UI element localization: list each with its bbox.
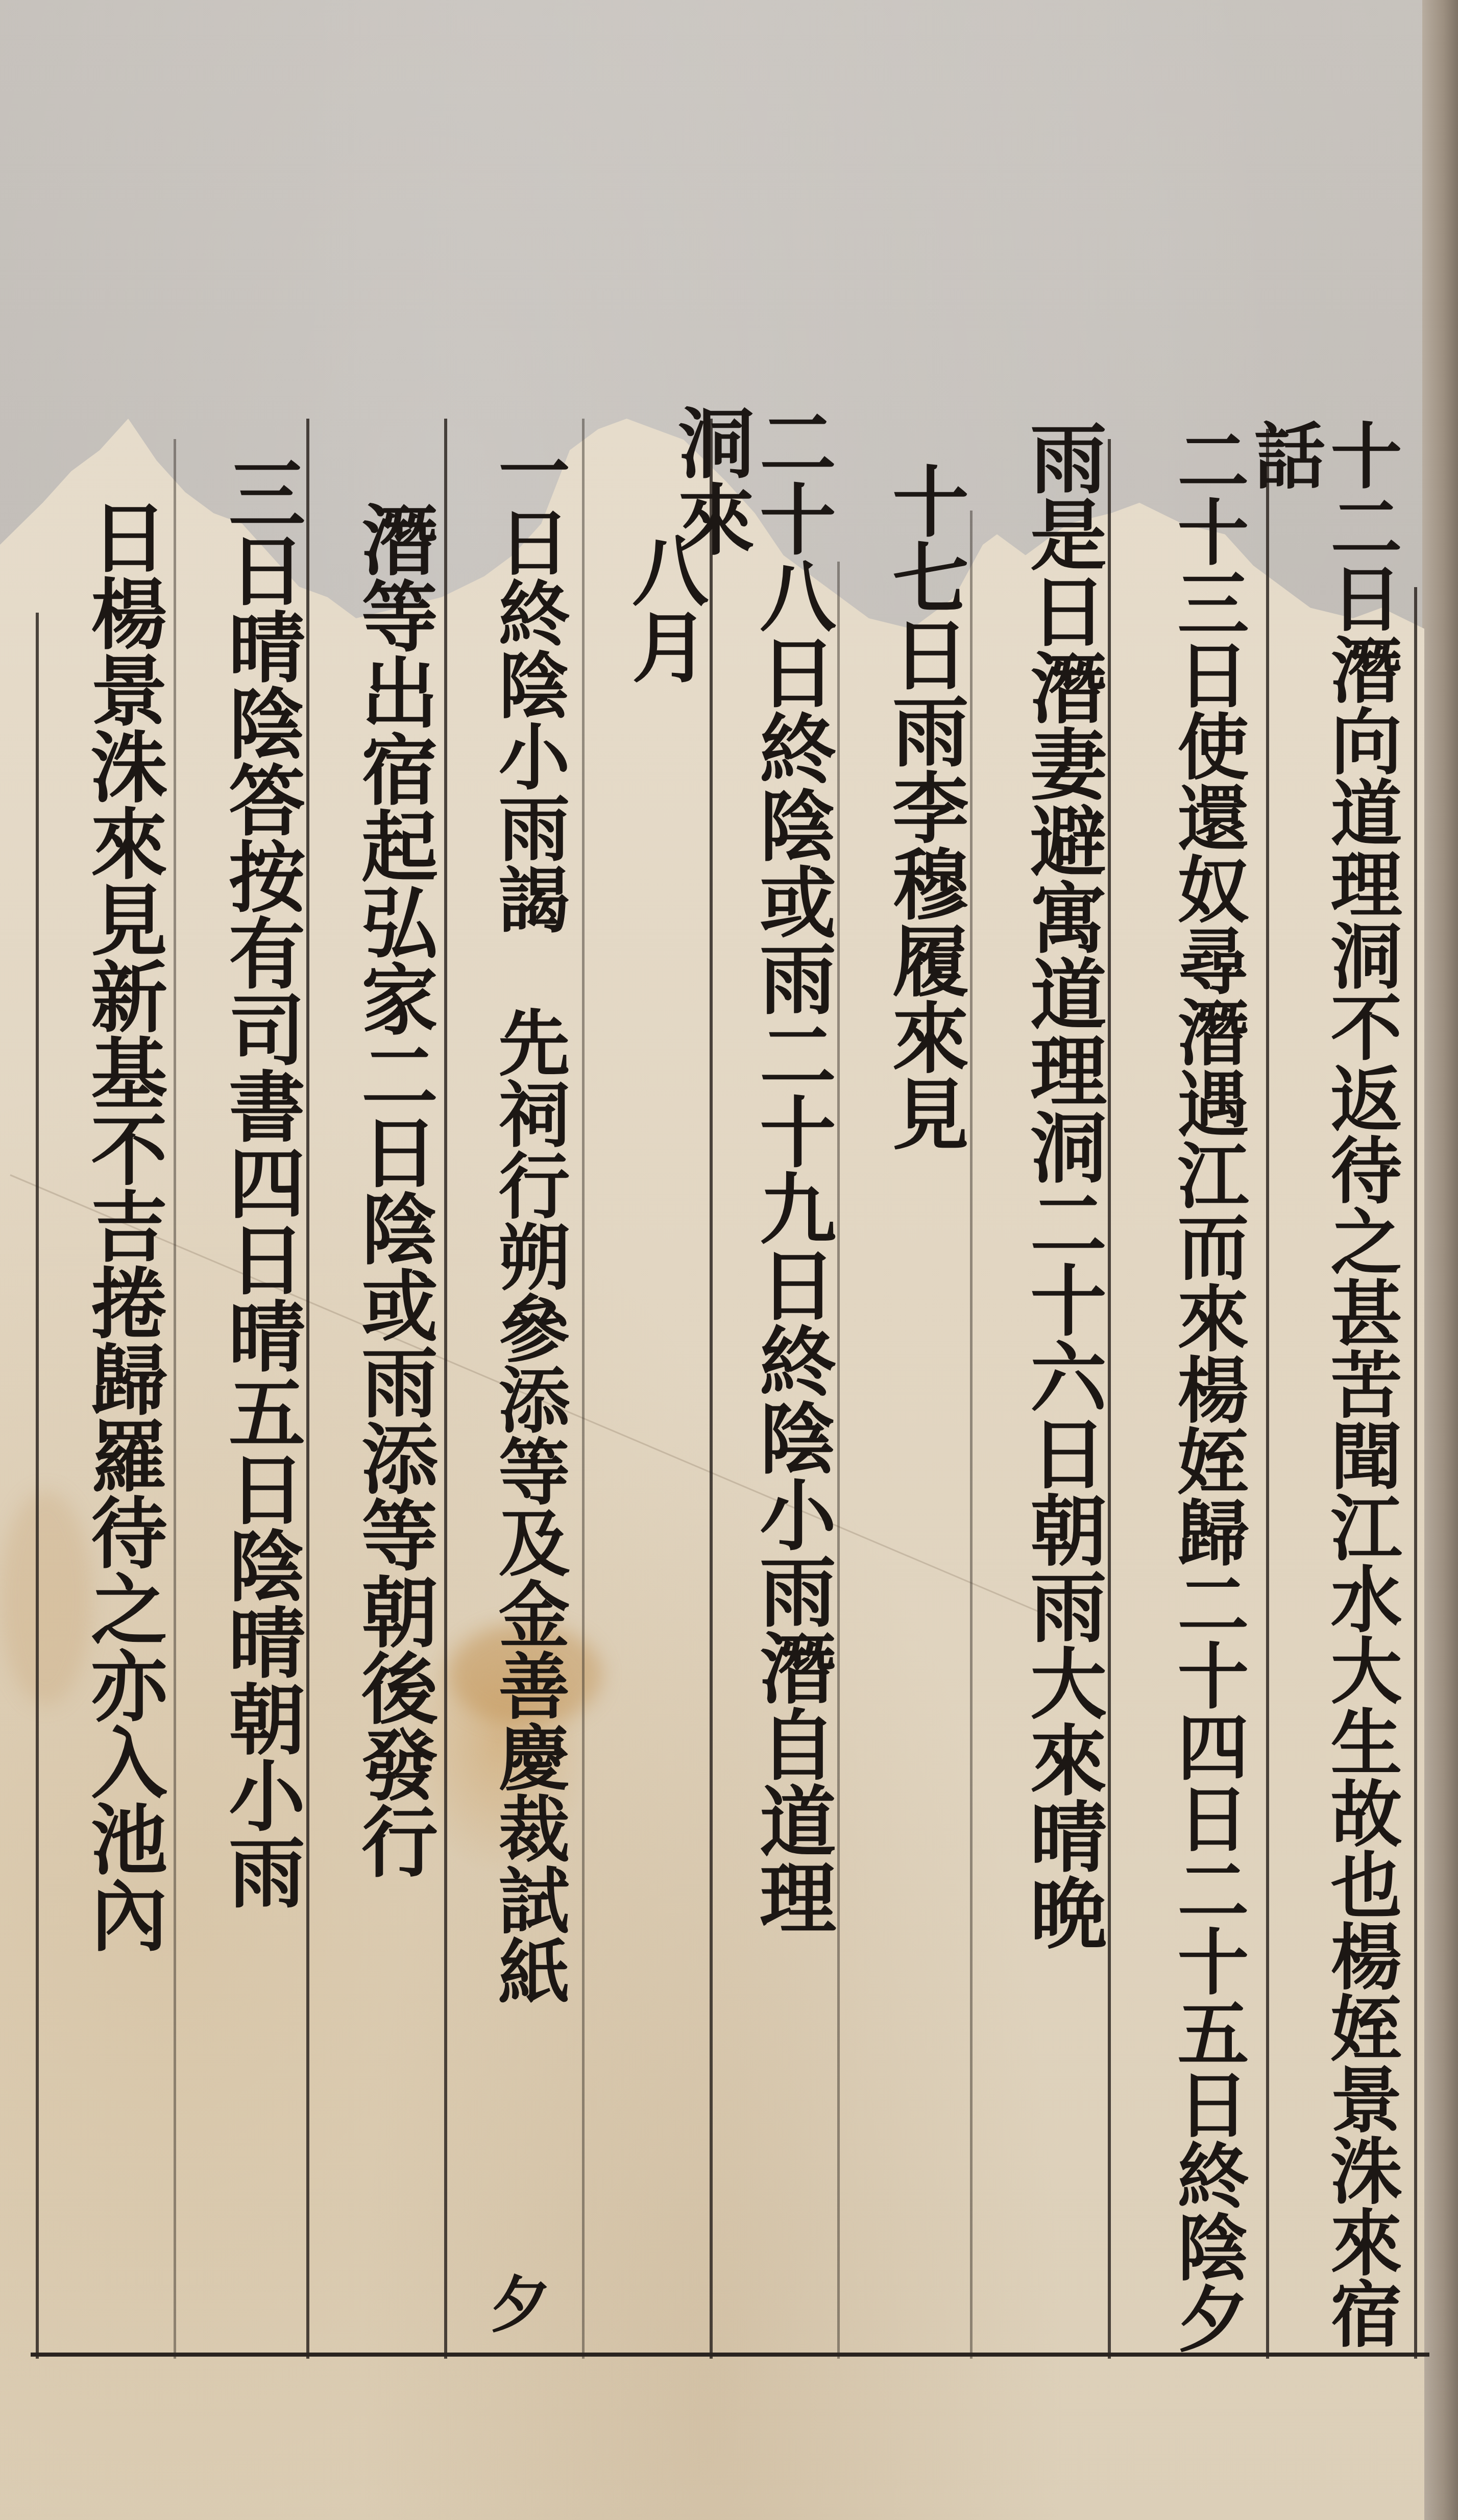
column-rule	[837, 562, 840, 2359]
text-column-3: 雨是日潛妻避寓道理洞二十六日朝雨大來晴晩	[990, 419, 1103, 1950]
text-column-7: 一日終陰小雨謁 先祠行朔參添等及金善慶裁試紙	[454, 429, 567, 2012]
text-column-5: 二十八日終陰或雨二十九日終陰小雨潛自道理洞來	[720, 403, 832, 1986]
column-rule	[36, 613, 39, 2359]
column-text: 十七日雨李穆履來見	[883, 462, 965, 1151]
text-column-10: 日楊景洙來見新基不吉捲歸羅待之亦入池內	[51, 459, 163, 1991]
column-text: 一日終陰小雨謁 先祠行朔參添等及金善慶裁試紙	[490, 434, 567, 2006]
column-text: 潛等出宿起弘家二日陰或雨添等朝後發行	[352, 500, 434, 1879]
column-text: 十二日潛向道理洞不返待之甚苦聞江水大生故也楊姪景洙來宿話	[1246, 419, 1399, 2348]
column-text: 雨是日潛妻避寓道理洞二十六日朝雨大來晴晩	[1021, 419, 1103, 1950]
column-rule	[1108, 439, 1111, 2359]
text-column-9: 三日晴陰答按有司書四日晴五日陰晴朝小雨	[189, 429, 301, 1935]
column-rule	[174, 439, 176, 2359]
column-text: 日楊景洙來見新基不吉捲歸羅待之亦入池內	[82, 498, 163, 1953]
folio-mark: 夕	[490, 2257, 551, 2344]
text-column-4: 十七日雨李穆履來見	[853, 449, 965, 1164]
month-heading: 八月	[623, 531, 704, 684]
column-rule	[582, 419, 585, 2359]
column-rule	[444, 419, 447, 2359]
column-rule	[1414, 587, 1417, 2359]
column-rule	[970, 511, 973, 2359]
column-text: 三日晴陰答按有司書四日晴五日陰晴朝小雨	[220, 454, 301, 1909]
text-column-1: 十二日潛向道理洞不返待之甚苦聞江水大生故也楊姪景洙來宿話	[1286, 419, 1399, 2348]
column-rule	[306, 419, 309, 2359]
text-column-2: 二十三日使還奴尋潛遇江而來楊姪歸二十四日二十五日終陰夕	[1133, 424, 1246, 2354]
column-text: 二十三日使還奴尋潛遇江而來楊姪歸二十四日二十五日終陰夕	[1169, 424, 1246, 2354]
text-column-8: 潛等出宿起弘家二日陰或雨添等朝後發行	[322, 424, 434, 1955]
text-column-6-month-heading: 八月	[592, 521, 704, 694]
binding-edge	[1422, 0, 1458, 2520]
